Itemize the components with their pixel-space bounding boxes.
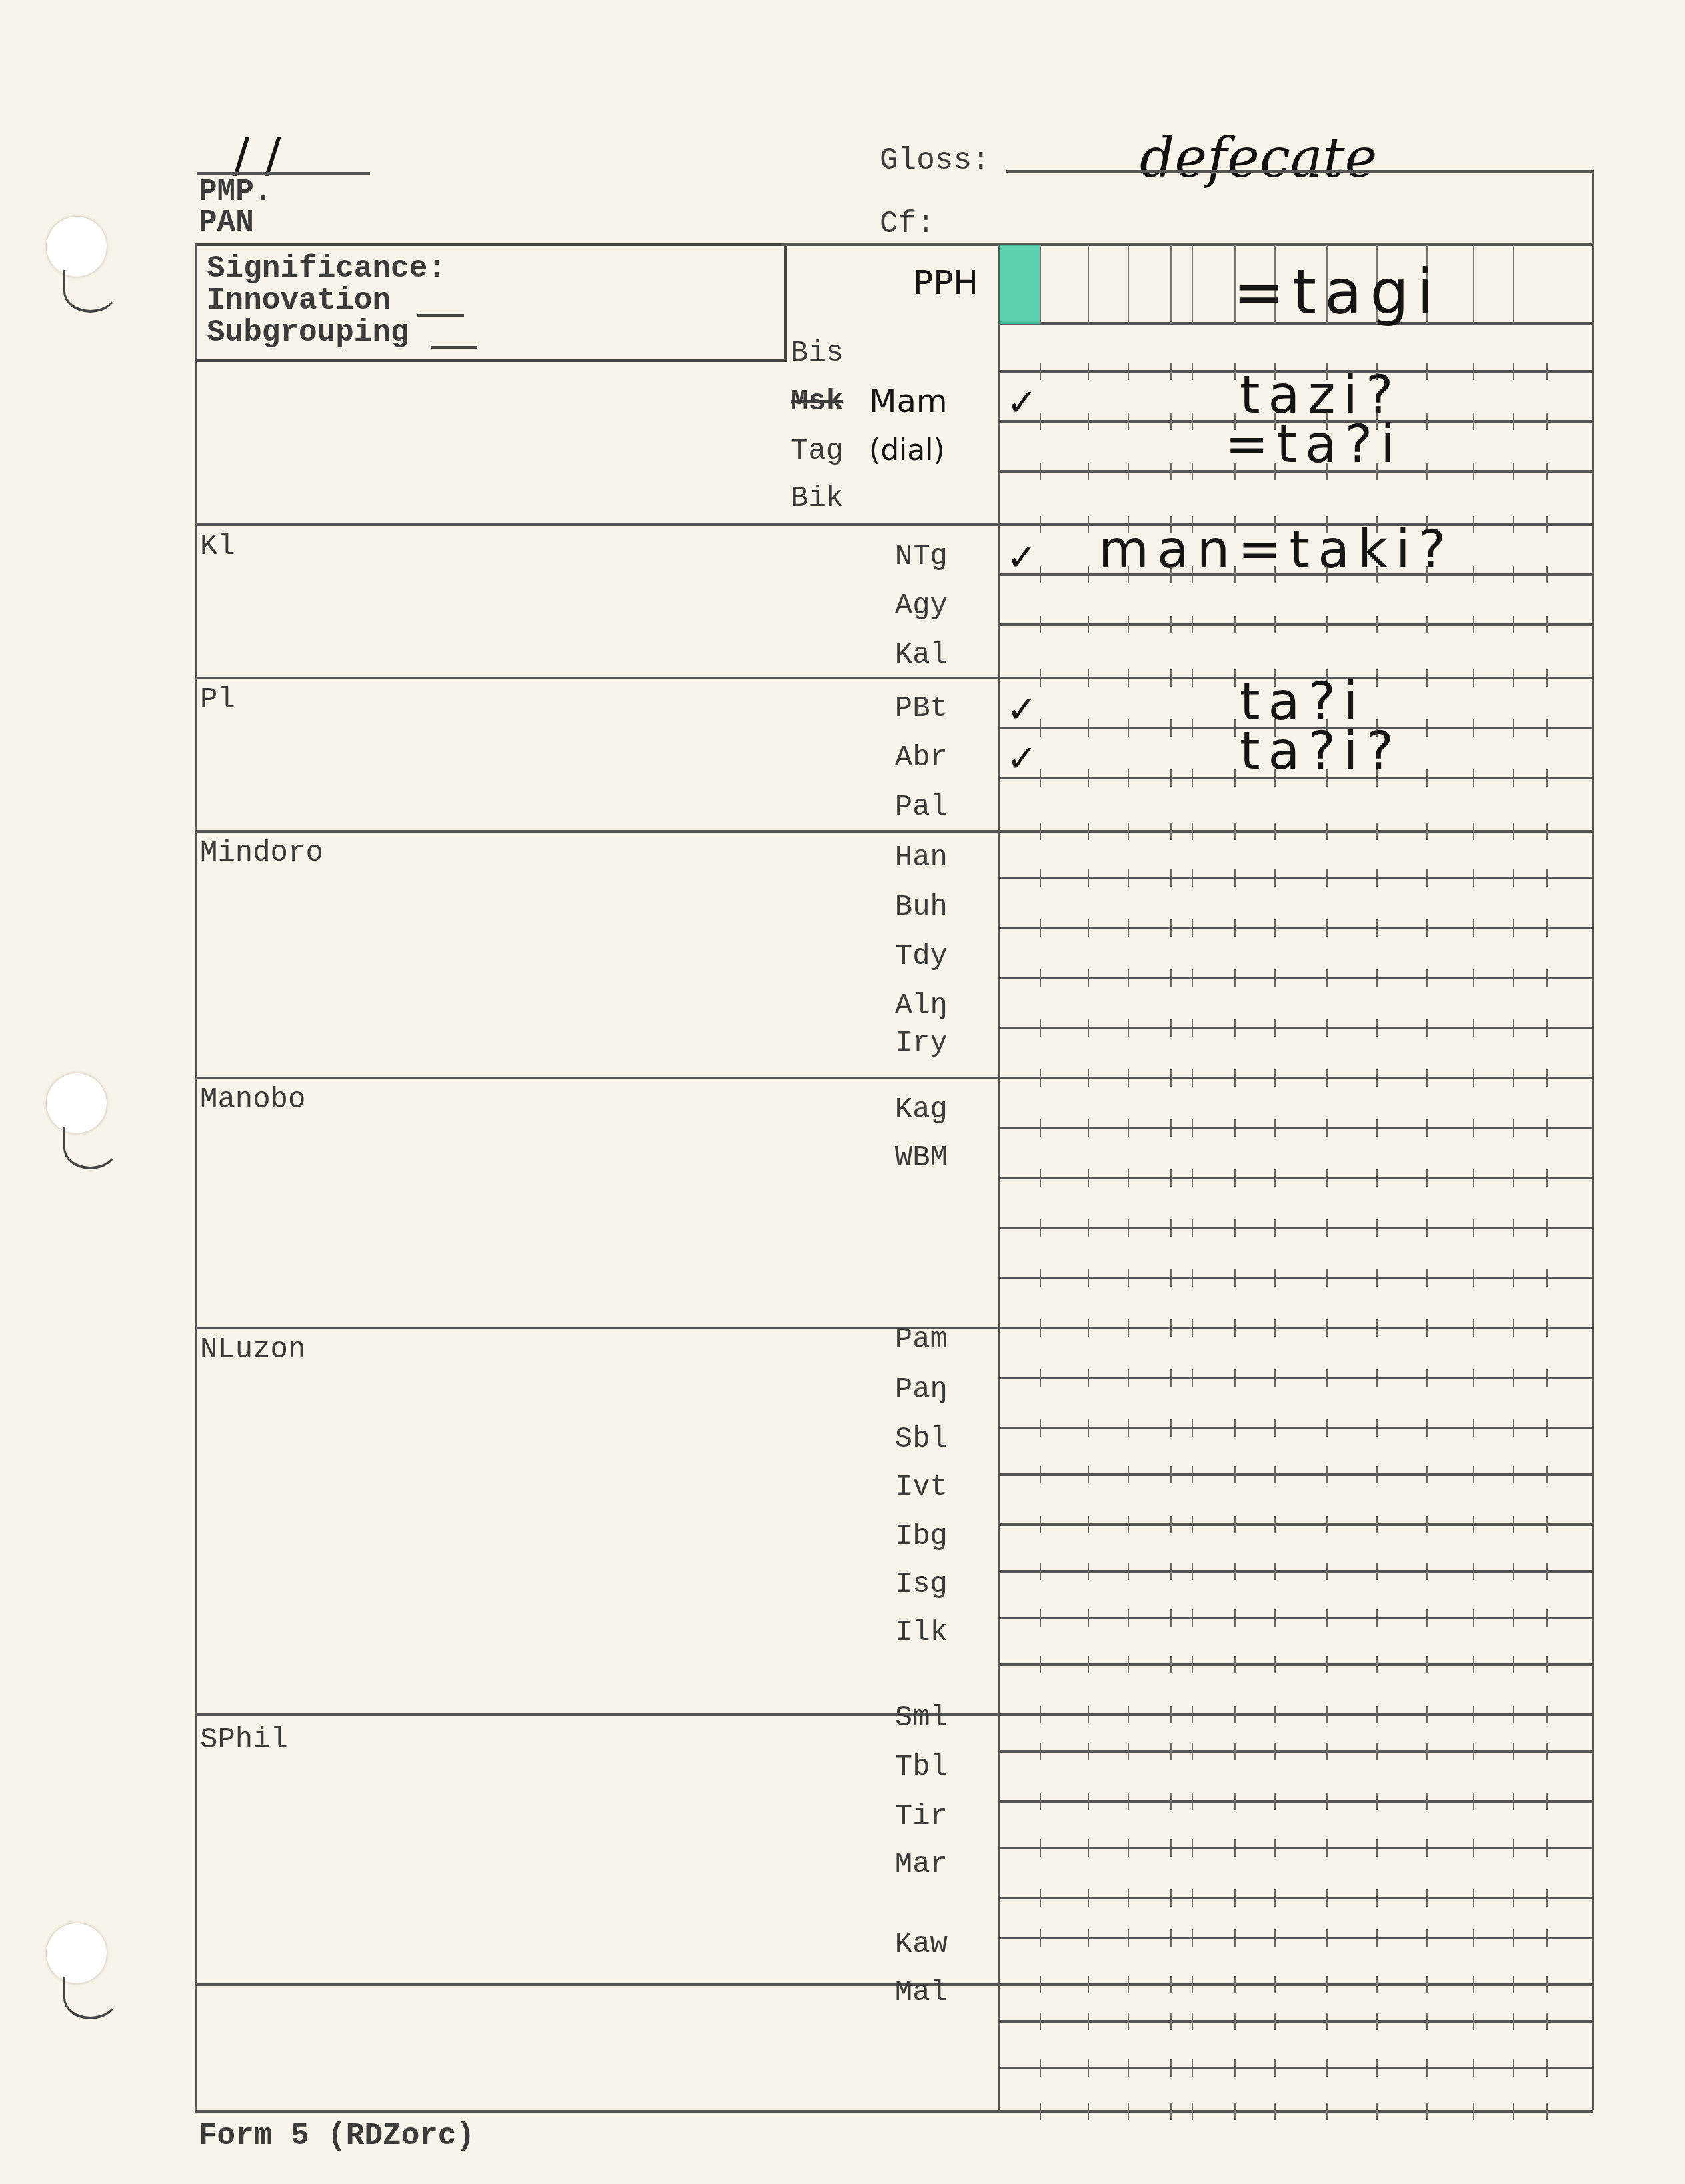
subgrouping-label: Subgrouping bbox=[207, 315, 409, 350]
cell-tick bbox=[1546, 1743, 1548, 1760]
cell-tick bbox=[1473, 1019, 1474, 1037]
cell-tick bbox=[1326, 1369, 1328, 1387]
cell-tick bbox=[1426, 1839, 1428, 1857]
cell-tick bbox=[1376, 823, 1378, 840]
reflex-form[interactable]: man=taki? bbox=[1098, 520, 1454, 580]
cell-tick bbox=[1128, 413, 1129, 430]
check-mark-icon[interactable]: ✓ bbox=[1006, 688, 1038, 731]
cell-tick bbox=[1170, 769, 1172, 787]
cell-tick bbox=[1546, 1839, 1548, 1857]
cell-tick bbox=[1513, 769, 1514, 787]
cell-tick bbox=[1376, 969, 1378, 987]
cell-tick bbox=[1192, 1563, 1193, 1580]
cell-tick bbox=[1170, 1976, 1172, 1993]
cell-tick bbox=[1426, 2103, 1428, 2120]
cell-tick bbox=[1326, 1169, 1328, 1187]
check-mark-icon[interactable]: ✓ bbox=[1006, 381, 1038, 425]
cell-tick bbox=[1376, 1889, 1378, 1907]
cell-tick bbox=[1170, 669, 1172, 687]
cell-tick bbox=[1326, 1516, 1328, 1533]
cell-tick bbox=[1513, 1369, 1514, 1387]
cell-tick bbox=[1546, 869, 1548, 887]
cell-tick bbox=[1040, 1839, 1041, 1857]
cell-tick bbox=[1546, 969, 1548, 987]
cell-tick bbox=[1128, 363, 1129, 380]
cell-tick bbox=[1513, 869, 1514, 887]
cell-tick bbox=[1513, 2013, 1514, 2030]
cell-tick bbox=[1170, 1889, 1172, 1907]
language-code: Ivt bbox=[773, 1471, 948, 1504]
cell-tick bbox=[1192, 1793, 1193, 1810]
cell-tick bbox=[1546, 1976, 1548, 1993]
cell-tick bbox=[1088, 869, 1089, 887]
cell-tick bbox=[1546, 1419, 1548, 1437]
cell-tick bbox=[1192, 1069, 1193, 1087]
cell-tick bbox=[1170, 1563, 1172, 1580]
cell-tick bbox=[1426, 1516, 1428, 1533]
cell-tick bbox=[1128, 2059, 1129, 2077]
struck-language-code: Msk bbox=[791, 385, 843, 419]
cell-tick bbox=[1274, 1976, 1276, 1993]
cell-tick bbox=[1546, 363, 1548, 380]
cell-tick bbox=[1234, 1743, 1236, 1760]
cell-tick bbox=[1234, 1466, 1236, 1483]
cell-tick bbox=[1473, 1319, 1474, 1337]
cell-tick bbox=[1040, 2013, 1041, 2030]
cell-tick bbox=[1128, 823, 1129, 840]
cell-tick bbox=[1274, 616, 1276, 633]
language-code: Han bbox=[773, 841, 948, 875]
cell-tick bbox=[1513, 2059, 1514, 2077]
gloss-underline bbox=[1006, 170, 1593, 173]
cell-tick bbox=[1274, 2059, 1276, 2077]
cell-tick bbox=[1513, 1119, 1514, 1137]
language-code: Agy bbox=[773, 589, 948, 623]
cell-tick bbox=[1274, 823, 1276, 840]
cell-tick bbox=[1546, 1219, 1548, 1237]
cell-tick bbox=[1326, 1269, 1328, 1287]
cell-tick bbox=[1473, 1516, 1474, 1533]
check-mark-icon[interactable]: ✓ bbox=[1006, 536, 1038, 579]
group-label: Manobo bbox=[200, 1083, 305, 1117]
cell-tick bbox=[1513, 1269, 1514, 1287]
cell-tick bbox=[1192, 769, 1193, 787]
cell-tick bbox=[1546, 1889, 1548, 1907]
cell-tick bbox=[1473, 363, 1474, 380]
subgrouping-blank[interactable] bbox=[431, 346, 477, 349]
cell-tick bbox=[1192, 669, 1193, 687]
proto-label: PPH bbox=[913, 263, 978, 302]
cell-tick bbox=[1274, 1793, 1276, 1810]
cell-tick bbox=[1473, 413, 1474, 430]
cell-tick bbox=[1513, 516, 1514, 533]
cell-tick bbox=[1274, 919, 1276, 937]
cell-tick bbox=[1274, 1839, 1276, 1857]
cell-tick bbox=[1426, 2013, 1428, 2030]
cell-tick bbox=[1326, 1609, 1328, 1627]
cell-tick bbox=[1192, 463, 1193, 480]
cell-tick bbox=[1473, 1269, 1474, 1287]
cell-tick bbox=[1040, 1219, 1041, 1237]
cell-tick bbox=[1274, 1929, 1276, 1947]
cell-tick bbox=[1376, 1069, 1378, 1087]
cell-tick bbox=[1376, 1609, 1378, 1627]
cf-label: Cf: bbox=[880, 207, 935, 241]
cell-tick bbox=[1128, 1793, 1129, 1810]
cell-tick bbox=[1546, 1319, 1548, 1337]
group-label: Pl bbox=[200, 683, 235, 717]
language-code: Mar bbox=[773, 1848, 948, 1881]
cell-tick bbox=[1376, 919, 1378, 937]
cell-tick bbox=[1128, 1563, 1129, 1580]
cell-tick bbox=[1473, 823, 1474, 840]
language-code: WBM bbox=[773, 1141, 948, 1175]
cell-tick bbox=[1234, 2059, 1236, 2077]
cell-tick bbox=[1170, 869, 1172, 887]
cell-tick bbox=[1170, 1609, 1172, 1627]
cell-tick bbox=[1128, 1743, 1129, 1760]
cell-tick bbox=[1426, 616, 1428, 633]
cell-tick bbox=[1170, 823, 1172, 840]
cell-tick bbox=[1088, 616, 1089, 633]
cell-tick bbox=[1192, 1319, 1193, 1337]
cell-tick bbox=[1234, 823, 1236, 840]
binder-hole-shadow bbox=[63, 1977, 117, 2019]
cell-tick bbox=[1473, 1839, 1474, 1857]
cell-tick bbox=[1513, 1516, 1514, 1533]
cell-tick bbox=[1088, 566, 1089, 583]
cell-tick bbox=[1513, 1839, 1514, 1857]
cell-tick bbox=[1274, 1656, 1276, 1673]
gloss-value[interactable]: defecate bbox=[1140, 127, 1377, 190]
cell-tick bbox=[1473, 1929, 1474, 1947]
cell-tick bbox=[1426, 1563, 1428, 1580]
cell-tick bbox=[1513, 2103, 1514, 2120]
language-code: Bik bbox=[791, 482, 843, 515]
cell-tick bbox=[1376, 669, 1378, 687]
cell-tick bbox=[1170, 919, 1172, 937]
cell-tick bbox=[1128, 769, 1129, 787]
cell-tick bbox=[1170, 1119, 1172, 1137]
cell-tick bbox=[1376, 1019, 1378, 1037]
cell-tick bbox=[1128, 1019, 1129, 1037]
language-annotation: Mam bbox=[869, 383, 948, 420]
cell-tick bbox=[1426, 1069, 1428, 1087]
cell-tick bbox=[1192, 1369, 1193, 1387]
form-right-border bbox=[1592, 170, 1594, 2110]
cell-tick bbox=[1274, 1516, 1276, 1533]
pph-cell-divider bbox=[1088, 245, 1089, 324]
cell-tick bbox=[1128, 869, 1129, 887]
cell-tick bbox=[1192, 1609, 1193, 1627]
cell-tick bbox=[1088, 1706, 1089, 1723]
cell-tick bbox=[1192, 1976, 1193, 1993]
cell-tick bbox=[1234, 363, 1236, 380]
cell-tick bbox=[1513, 1929, 1514, 1947]
form-footer: Form 5 (RDZorc) bbox=[199, 2119, 475, 2153]
cell-tick bbox=[1192, 1706, 1193, 1723]
proto-form[interactable]: =tagi bbox=[1233, 257, 1442, 328]
cell-tick bbox=[1513, 1319, 1514, 1337]
cell-tick bbox=[1426, 363, 1428, 380]
cell-tick bbox=[1088, 669, 1089, 687]
pan-label: PAN bbox=[199, 205, 254, 240]
cell-tick bbox=[1376, 1743, 1378, 1760]
cell-tick bbox=[1192, 1269, 1193, 1287]
group-divider bbox=[195, 2110, 1593, 2113]
cell-tick bbox=[1088, 1743, 1089, 1760]
cell-tick bbox=[1376, 1466, 1378, 1483]
cell-tick bbox=[1426, 1976, 1428, 1993]
cell-tick bbox=[1426, 1119, 1428, 1137]
cell-tick bbox=[1040, 1069, 1041, 1087]
cell-tick bbox=[1546, 1466, 1548, 1483]
cell-tick bbox=[1192, 1743, 1193, 1760]
cell-tick bbox=[1088, 1119, 1089, 1137]
cell-tick bbox=[1040, 1706, 1041, 1723]
group-label: Mindoro bbox=[200, 837, 323, 870]
cell-tick bbox=[1040, 2059, 1041, 2077]
cell-tick bbox=[1234, 1516, 1236, 1533]
cell-tick bbox=[1326, 1563, 1328, 1580]
significance-box: Significance: Innovation Subgrouping bbox=[195, 243, 787, 362]
check-mark-icon[interactable]: ✓ bbox=[1006, 737, 1038, 781]
cell-tick bbox=[1274, 1419, 1276, 1437]
cell-tick bbox=[1376, 1839, 1378, 1857]
cell-tick bbox=[1326, 1119, 1328, 1137]
innovation-label: Innovation bbox=[207, 283, 391, 318]
cell-tick bbox=[1274, 1563, 1276, 1580]
cell-tick bbox=[1088, 1839, 1089, 1857]
cell-tick bbox=[1128, 2103, 1129, 2120]
cell-tick bbox=[1473, 1466, 1474, 1483]
cell-tick bbox=[1040, 719, 1041, 737]
cell-tick bbox=[1170, 1743, 1172, 1760]
cell-tick bbox=[1170, 1929, 1172, 1947]
cell-tick bbox=[1170, 1069, 1172, 1087]
cell-tick bbox=[1040, 1976, 1041, 1993]
cell-tick bbox=[1192, 616, 1193, 633]
cell-tick bbox=[1234, 1019, 1236, 1037]
cell-tick bbox=[1426, 1219, 1428, 1237]
cell-tick bbox=[1088, 2013, 1089, 2030]
language-code: Pam bbox=[773, 1323, 948, 1357]
cell-tick bbox=[1513, 919, 1514, 937]
cell-tick bbox=[1192, 1119, 1193, 1137]
language-code: NTg bbox=[773, 540, 948, 573]
cell-tick bbox=[1546, 1269, 1548, 1287]
cell-tick bbox=[1274, 1119, 1276, 1137]
pph-cell-divider bbox=[1192, 245, 1193, 324]
cell-tick bbox=[1326, 969, 1328, 987]
cell-tick bbox=[1234, 1889, 1236, 1907]
cell-tick bbox=[1546, 2013, 1548, 2030]
cell-tick bbox=[1513, 1656, 1514, 1673]
cell-tick bbox=[1513, 1706, 1514, 1723]
cell-tick bbox=[1088, 719, 1089, 737]
cell-tick bbox=[1088, 1656, 1089, 1673]
cell-tick bbox=[1088, 1069, 1089, 1087]
cell-tick bbox=[1128, 1929, 1129, 1947]
cell-tick bbox=[1088, 1516, 1089, 1533]
cell-tick bbox=[1426, 1793, 1428, 1810]
cell-tick bbox=[1192, 869, 1193, 887]
cell-tick bbox=[1473, 1069, 1474, 1087]
cell-tick bbox=[1234, 1269, 1236, 1287]
group-label: NLuzon bbox=[200, 1333, 305, 1367]
cell-tick bbox=[1326, 1743, 1328, 1760]
cell-tick bbox=[1040, 463, 1041, 480]
cell-tick bbox=[1234, 1369, 1236, 1387]
cell-tick bbox=[1376, 1369, 1378, 1387]
binder-hole bbox=[47, 217, 107, 277]
cell-tick bbox=[1546, 823, 1548, 840]
cell-tick bbox=[1040, 1119, 1041, 1137]
language-code: Ibg bbox=[773, 1520, 948, 1553]
cell-tick bbox=[1426, 769, 1428, 787]
cell-tick bbox=[1088, 1019, 1089, 1037]
cell-tick bbox=[1170, 413, 1172, 430]
language-code: Kaw bbox=[773, 1928, 948, 1961]
cell-tick bbox=[1473, 1706, 1474, 1723]
cell-tick bbox=[1376, 2013, 1378, 2030]
cell-tick bbox=[1128, 1516, 1129, 1533]
cell-tick bbox=[1473, 1793, 1474, 1810]
cell-tick bbox=[1128, 1219, 1129, 1237]
cell-tick bbox=[1376, 2059, 1378, 2077]
binder-hole bbox=[47, 1923, 107, 1983]
cell-tick bbox=[1234, 616, 1236, 633]
cell-tick bbox=[1192, 1929, 1193, 1947]
pph-cell-divider bbox=[1170, 245, 1172, 324]
group-divider bbox=[195, 677, 1593, 679]
reflex-form[interactable]: =ta?i bbox=[1225, 415, 1403, 475]
cell-tick bbox=[1040, 1319, 1041, 1337]
cell-tick bbox=[1546, 1563, 1548, 1580]
cell-tick bbox=[1426, 1269, 1428, 1287]
cell-tick bbox=[1170, 363, 1172, 380]
cell-tick bbox=[1040, 1609, 1041, 1627]
cell-tick bbox=[1170, 1706, 1172, 1723]
cell-tick bbox=[1513, 1889, 1514, 1907]
cell-tick bbox=[1473, 1369, 1474, 1387]
cell-tick bbox=[1234, 1976, 1236, 1993]
cell-tick bbox=[1170, 1656, 1172, 1673]
cell-tick bbox=[1088, 1889, 1089, 1907]
cell-tick bbox=[1326, 1793, 1328, 1810]
cell-tick bbox=[1546, 1706, 1548, 1723]
cell-tick bbox=[1513, 719, 1514, 737]
cell-tick bbox=[1088, 1419, 1089, 1437]
cell-tick bbox=[1274, 1269, 1276, 1287]
cell-tick bbox=[1426, 919, 1428, 937]
cell-tick bbox=[1128, 616, 1129, 633]
cell-tick bbox=[1473, 2059, 1474, 2077]
cell-tick bbox=[1192, 413, 1193, 430]
language-code: Iry bbox=[773, 1027, 948, 1060]
group-label: SPhil bbox=[200, 1723, 288, 1757]
cell-tick bbox=[1128, 1706, 1129, 1723]
language-code: Mal bbox=[773, 1976, 948, 2009]
language-code: Alŋ bbox=[773, 989, 948, 1023]
cell-tick bbox=[1170, 1516, 1172, 1533]
cell-tick bbox=[1473, 669, 1474, 687]
language-code: Isg bbox=[773, 1568, 948, 1601]
cell-tick bbox=[1546, 566, 1548, 583]
reflex-form[interactable]: ta?i? bbox=[1240, 721, 1402, 781]
cell-tick bbox=[1426, 669, 1428, 687]
cell-tick bbox=[1546, 1119, 1548, 1137]
cell-tick bbox=[1040, 1563, 1041, 1580]
cell-tick bbox=[1326, 1976, 1328, 1993]
cell-tick bbox=[1088, 1369, 1089, 1387]
cell-tick bbox=[1040, 669, 1041, 687]
cell-tick bbox=[1376, 869, 1378, 887]
cell-tick bbox=[1128, 1069, 1129, 1087]
cell-tick bbox=[1426, 1319, 1428, 1337]
cell-tick bbox=[1326, 1839, 1328, 1857]
cell-tick bbox=[1513, 1419, 1514, 1437]
cell-tick bbox=[1170, 1839, 1172, 1857]
cell-tick bbox=[1326, 1706, 1328, 1723]
cell-tick bbox=[1546, 2059, 1548, 2077]
cell-tick bbox=[1546, 1656, 1548, 1673]
cell-tick bbox=[1170, 1319, 1172, 1337]
cell-tick bbox=[1513, 566, 1514, 583]
cell-tick bbox=[1088, 1466, 1089, 1483]
cell-tick bbox=[1274, 1069, 1276, 1087]
cell-tick bbox=[1426, 869, 1428, 887]
cell-tick bbox=[1192, 969, 1193, 987]
cell-tick bbox=[1546, 1929, 1548, 1947]
cell-tick bbox=[1326, 1069, 1328, 1087]
cell-tick bbox=[1546, 919, 1548, 937]
cell-tick bbox=[1040, 1743, 1041, 1760]
cell-tick bbox=[1274, 1609, 1276, 1627]
cell-tick bbox=[1234, 1219, 1236, 1237]
cell-tick bbox=[1473, 516, 1474, 533]
cell-tick bbox=[1473, 1976, 1474, 1993]
cell-tick bbox=[1274, 1466, 1276, 1483]
cell-tick bbox=[1376, 1319, 1378, 1337]
cell-tick bbox=[1376, 1706, 1378, 1723]
cell-tick bbox=[1040, 1929, 1041, 1947]
cell-tick bbox=[1513, 1609, 1514, 1627]
cell-tick bbox=[1170, 463, 1172, 480]
cell-tick bbox=[1473, 1656, 1474, 1673]
cell-tick bbox=[1192, 363, 1193, 380]
language-code: Bis bbox=[791, 337, 843, 370]
cell-tick bbox=[1274, 1889, 1276, 1907]
pph-cell-divider bbox=[1473, 245, 1474, 324]
cell-tick bbox=[1234, 1319, 1236, 1337]
cell-tick bbox=[1128, 669, 1129, 687]
cell-tick bbox=[1128, 1656, 1129, 1673]
cell-tick bbox=[1192, 1656, 1193, 1673]
cell-tick bbox=[1513, 1219, 1514, 1237]
group-divider bbox=[195, 1077, 1593, 1079]
cell-tick bbox=[1546, 516, 1548, 533]
cell-tick bbox=[1426, 1743, 1428, 1760]
cell-tick bbox=[1234, 2013, 1236, 2030]
cell-tick bbox=[1170, 1269, 1172, 1287]
innovation-blank[interactable] bbox=[417, 314, 464, 317]
cell-tick bbox=[1040, 969, 1041, 987]
cell-tick bbox=[1376, 1169, 1378, 1187]
cell-tick bbox=[1128, 969, 1129, 987]
cell-tick bbox=[1170, 1466, 1172, 1483]
cell-tick bbox=[1088, 1793, 1089, 1810]
